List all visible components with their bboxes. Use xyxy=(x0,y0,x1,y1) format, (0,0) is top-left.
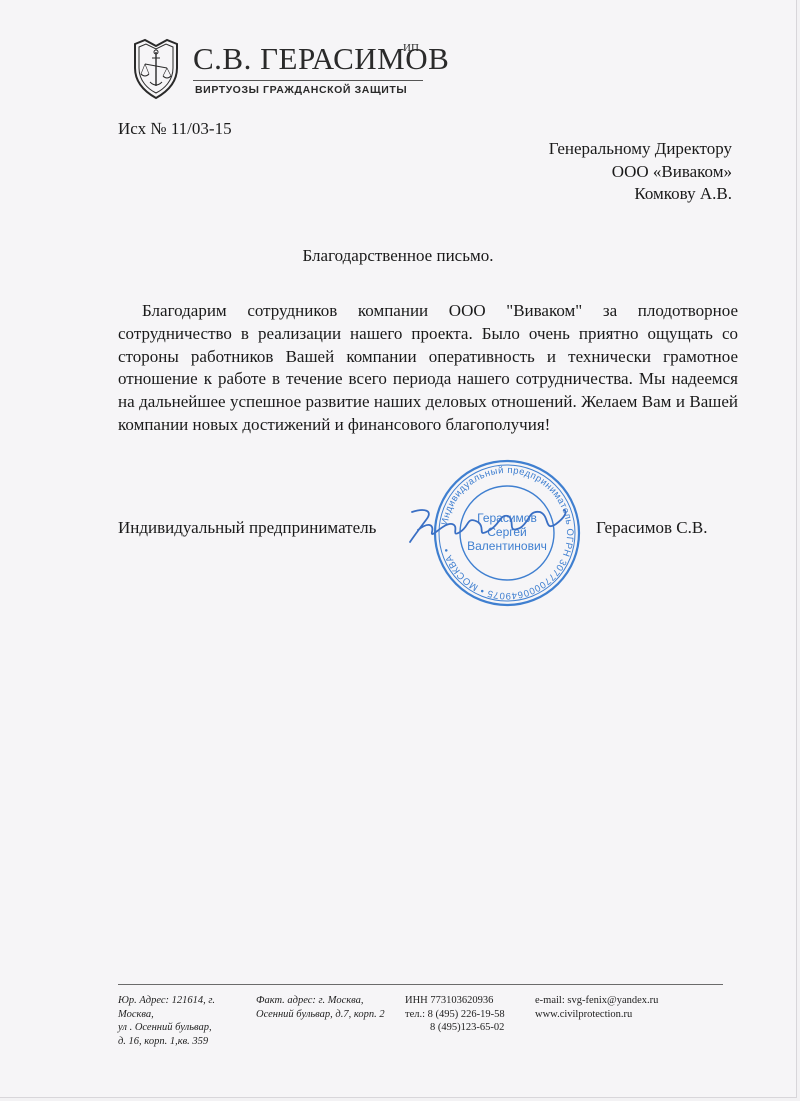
signer-role: Индивидуальный предприниматель xyxy=(118,518,376,538)
letter-body: Благодарим сотрудников компании ООО "Вив… xyxy=(118,300,738,437)
inn-number: ИНН 773103620936 xyxy=(405,994,525,1008)
outgoing-number: Исх № 11/03-15 xyxy=(118,119,232,139)
logo-divider xyxy=(193,80,423,81)
actual-address-line: Осенний бульвар, д.7, корп. 2 xyxy=(256,1008,396,1022)
company-suffix: ИП xyxy=(403,42,419,54)
addressee-block: Генеральному Директору ООО «Виваком» Ком… xyxy=(549,138,732,206)
website-url: www.civilprotection.ru xyxy=(535,1008,705,1022)
shield-scales-anchor-icon xyxy=(131,38,181,100)
legal-address-line: ул . Осенний бульвар, xyxy=(118,1021,238,1035)
phone-primary: тел.: 8 (495) 226-19-58 xyxy=(405,1008,525,1022)
addressee-position: Генеральному Директору xyxy=(549,138,732,161)
document-title: Благодарственное письмо. xyxy=(0,246,796,266)
footer-actual-address: Факт. адрес: г. Москва, Осенний бульвар,… xyxy=(256,994,396,1021)
company-tagline: ВИРТУОЗЫ ГРАЖДАНСКОЙ ЗАЩИТЫ xyxy=(195,84,407,96)
handwritten-signature xyxy=(404,502,574,552)
signer-name: Герасимов С.В. xyxy=(596,518,707,538)
footer-contacts: e-mail: svg-fenix@yandex.ru www.civilpro… xyxy=(535,994,705,1021)
footer-requisites: ИНН 773103620936 тел.: 8 (495) 226-19-58… xyxy=(405,994,525,1035)
footer-legal-address: Юр. Адрес: 121614, г. Москва, ул . Осенн… xyxy=(118,994,238,1048)
phone-secondary: 8 (495)123-65-02 xyxy=(405,1021,525,1035)
legal-address-line: Юр. Адрес: 121614, г. xyxy=(118,994,238,1008)
email-address: e-mail: svg-fenix@yandex.ru xyxy=(535,994,705,1008)
actual-address-line: Факт. адрес: г. Москва, xyxy=(256,994,396,1008)
addressee-company: ООО «Виваком» xyxy=(549,161,732,184)
addressee-name: Комкову А.В. xyxy=(549,183,732,206)
letter-page: С.В. ГЕРАСИМОВ ИП ВИРТУОЗЫ ГРАЖДАНСКОЙ З… xyxy=(0,0,797,1098)
footer-divider xyxy=(118,984,723,985)
legal-address-line: Москва, xyxy=(118,1008,238,1022)
letterhead-logo: С.В. ГЕРАСИМОВ ИП ВИРТУОЗЫ ГРАЖДАНСКОЙ З… xyxy=(131,38,431,98)
legal-address-line: д. 16, корп. 1,кв. 359 xyxy=(118,1035,238,1049)
